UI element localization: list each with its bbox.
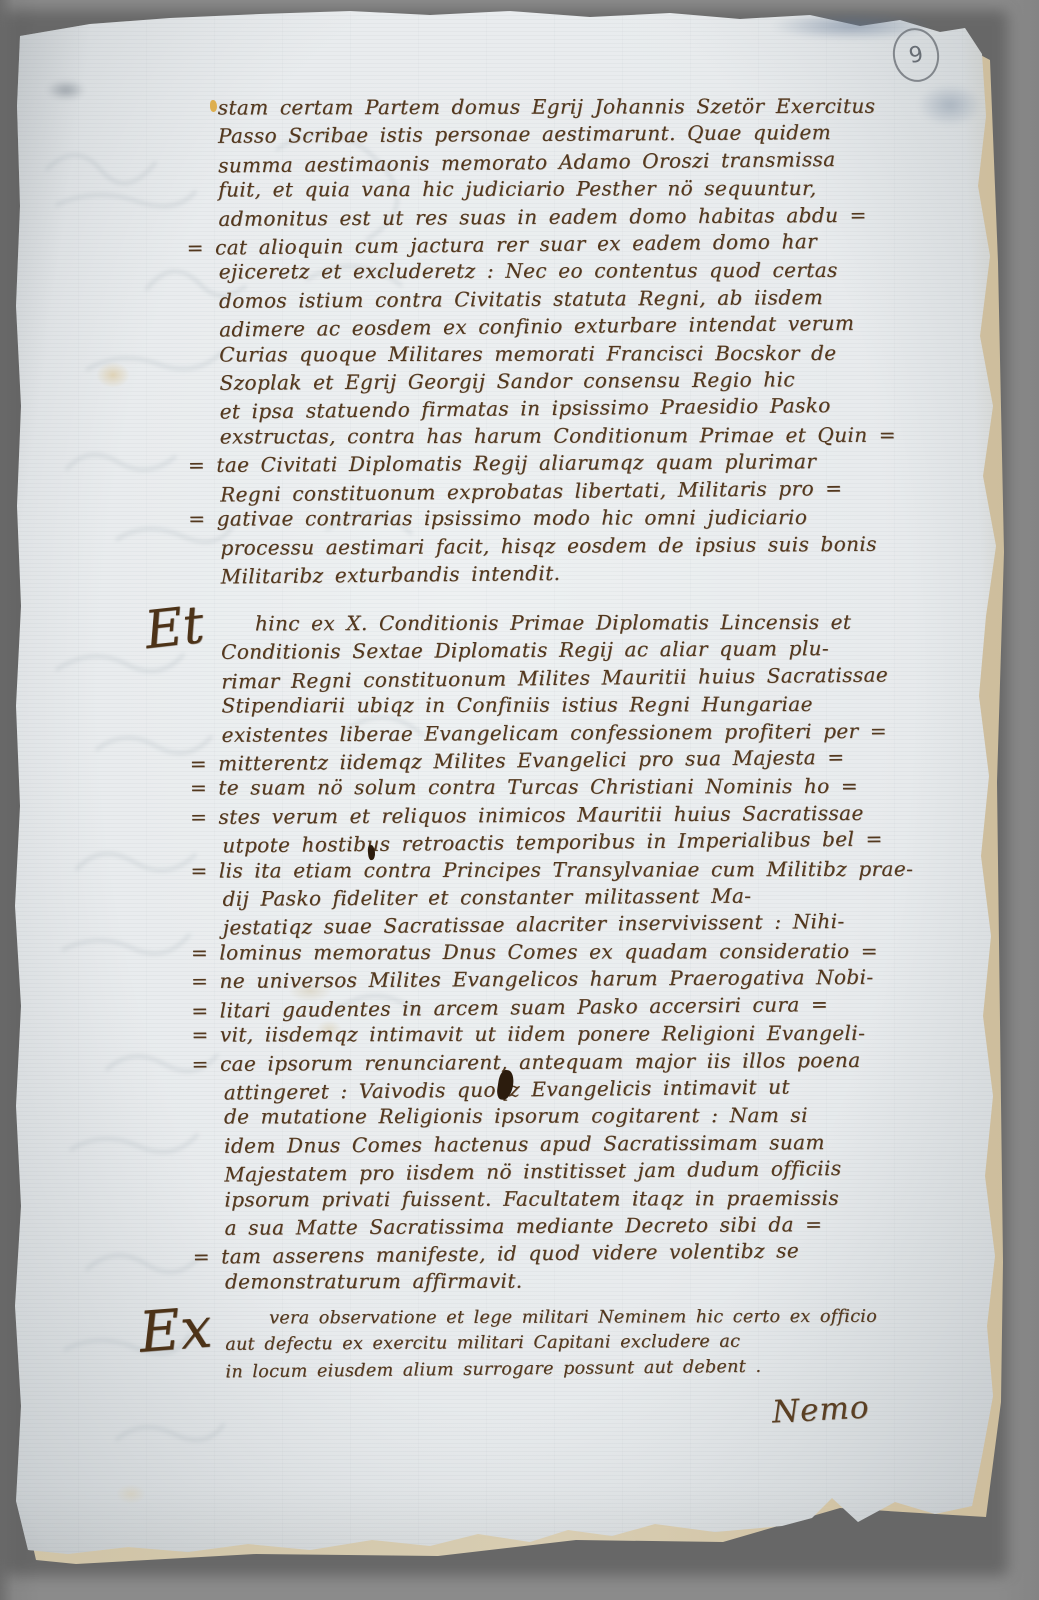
manuscript-line: = vit, iisdemqz intimavit ut iidem poner…: [191, 1020, 983, 1049]
manuscript-line: de mutatione Religionis ipsorum cogitare…: [224, 1102, 984, 1131]
manuscript-line: hinc ex X. Conditionis Primae Diplomatis…: [221, 609, 981, 638]
manuscript-line: = gativae contrarias ipsissimo modo hic …: [188, 504, 980, 533]
signature: Nemo: [771, 1389, 870, 1430]
manuscript-line: stam certam Partem domus Egrij Johannis …: [218, 93, 978, 122]
manuscript-line: demonstraturum affirmavit.: [225, 1266, 985, 1295]
manuscript-line: exstructas, contra has harum Conditionum…: [220, 421, 980, 450]
manuscript-line: ejiceretz et excluderetz : Nec eo conten…: [219, 257, 979, 286]
manuscript-line: Stipendiarii ubiqz in Confiniis istius R…: [221, 691, 981, 720]
manuscript-line: vera observatione et lege militari Nemin…: [225, 1305, 965, 1332]
manuscript-text: stam certam Partem domus Egrij Johannis …: [0, 0, 1039, 1600]
manuscript-line: ipsorum privati fuissent. Facultatem ita…: [224, 1184, 984, 1213]
manuscript-line: = lominus memoratus Dnus Comes ex quadam…: [191, 937, 983, 966]
paragraph-initial: Ex: [137, 1295, 214, 1365]
manuscript-line: Curias quoque Militares memorati Francis…: [219, 339, 979, 368]
photo-background: 9 stam certam Partem domus Egrij Johanni…: [0, 0, 1039, 1600]
manuscript-line: fuit, et quia vana hic judiciario Pesthe…: [218, 175, 978, 204]
paragraph: Exvera observatione et lege militari Nem…: [225, 1303, 965, 1384]
page-number-value: 9: [907, 41, 925, 68]
paragraph: stam certam Partem domus Egrij Johannis …: [218, 91, 981, 589]
paragraph-initial: Et: [142, 595, 207, 661]
manuscript-line: = te suam nö solum contra Turcas Christi…: [190, 773, 982, 802]
manuscript-line: = lis ita etiam contra Principes Transyl…: [190, 855, 982, 884]
paragraph: Ethinc ex X. Conditionis Primae Diplomat…: [221, 607, 985, 1297]
